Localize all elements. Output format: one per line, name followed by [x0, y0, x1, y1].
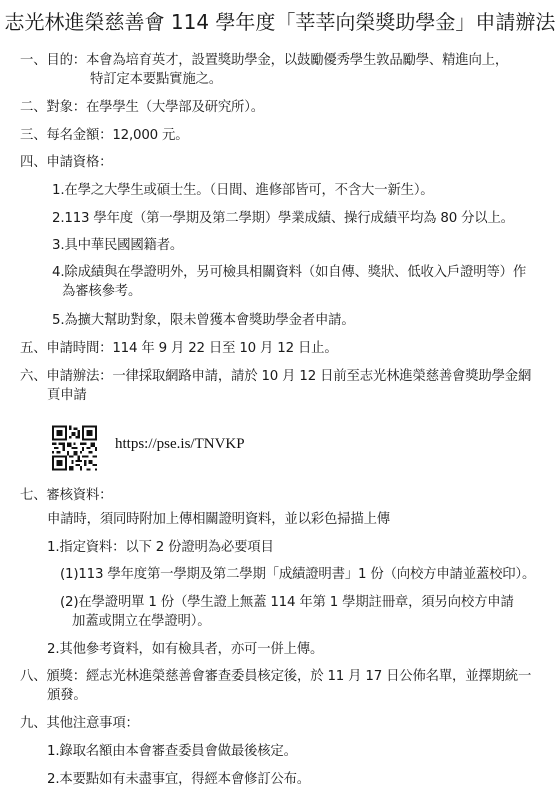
review-subitem-2-line1: (2)在學證明單 1 份（學生證上無蓋 114 年第 1 學期註冊章，須另向校方…	[60, 594, 514, 612]
section-purpose-line1: 一、目的：本會為培育英才，設置獎助學金，以鼓勵優秀學生敦品勵學、精進向上，	[20, 52, 508, 70]
section-period: 五、申請時間：114 年 9 月 22 日至 10 月 12 日止。	[20, 340, 338, 358]
eligibility-item-4-line1: 4.除成績與在學證明外，另可檢具相關資料（如自傳、獎狀、低收入戶證明等）作	[52, 264, 526, 282]
section-award-line2: 頒發。	[47, 687, 87, 705]
eligibility-item-1: 1.在學之大學生或碩士生。（日間、進修部皆可，不含大一新生）。	[52, 182, 434, 200]
application-url-link[interactable]: https://pse.is/TNVKP	[115, 434, 245, 454]
section-amount: 三、每名金額：12,000 元。	[20, 127, 188, 145]
notes-item-2: 2.本要點如有未盡事宜，得經本會修訂公布。	[47, 771, 310, 789]
section-award-line1: 八、頒獎：經志光林進榮慈善會審查委員核定後，於 11 月 17 日公佈名單，並擇…	[20, 668, 531, 686]
section-method-line1: 六、申請辦法：一律採取網路申請，請於 10 月 12 日前至志光林進榮慈善會獎助…	[20, 368, 531, 386]
review-intro: 申請時，須同時附加上傳相關證明資料，並以彩色掃描上傳	[47, 511, 390, 529]
section-target: 二、對象：在學學生（大學部及研究所）。	[20, 99, 264, 117]
section-review-heading: 七、審核資料：	[20, 487, 112, 505]
review-item-1: 1.指定資料：以下 2 份證明為必要項目	[47, 539, 274, 557]
eligibility-item-4-line2: 為審核參考。	[62, 283, 141, 301]
document-title: 志光林進榮慈善會 114 學年度「莘莘向榮獎助學金」申請辦法	[0, 8, 560, 36]
eligibility-item-3: 3.具中華民國國籍者。	[52, 237, 183, 255]
review-subitem-2-line2: 加蓋或開立在學證明）。	[72, 613, 210, 631]
section-notes-heading: 九、其他注意事項：	[20, 715, 139, 733]
eligibility-item-5: 5.為擴大幫助對象，限未曾獲本會獎助學金者申請。	[52, 312, 355, 330]
section-eligibility-heading: 四、申請資格：	[20, 154, 112, 172]
section-method-line2: 頁申請	[47, 387, 87, 405]
qr-code-icon[interactable]	[52, 425, 97, 471]
review-item-2: 2.其他參考資料，如有檢具者，亦可一併上傳。	[47, 641, 323, 659]
section-purpose-line2: 特訂定本要點實施之。	[90, 71, 222, 89]
notes-item-1: 1.錄取名額由本會審查委員會做最後核定。	[47, 743, 297, 761]
review-subitem-1: (1)113 學年度第一學期及第二學期「成績證明書」1 份（向校方申請並蓋校印）…	[60, 566, 535, 584]
eligibility-item-2: 2.113 學年度（第一學期及第二學期）學業成績、操行成績平均為 80 分以上。	[52, 210, 514, 228]
